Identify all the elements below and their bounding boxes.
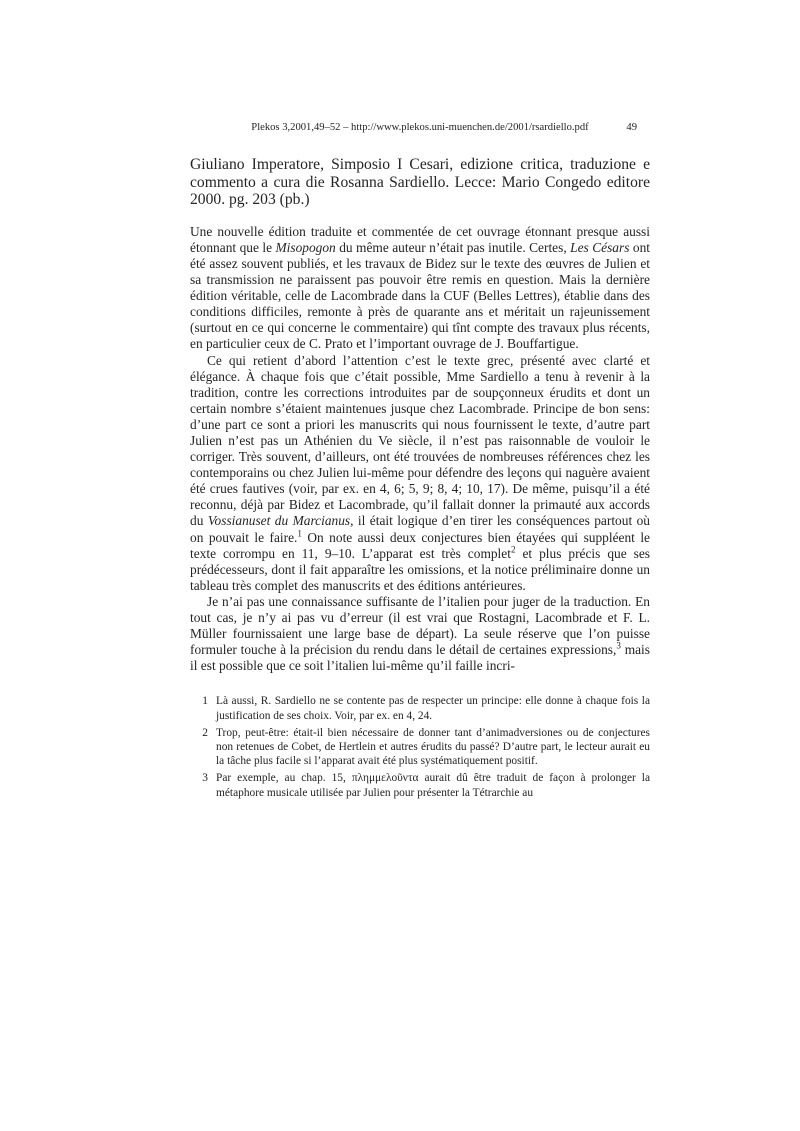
footnote-1: 1 Là aussi, R. Sardiello ne se contente … <box>190 694 650 722</box>
running-head: Plekos 3,2001,49–52 – http://www.plekos.… <box>190 121 650 134</box>
footnote-3: 3 Par exemple, au chap. 15, πλημμελοῦντα… <box>190 771 650 799</box>
journal-citation: Plekos 3,2001,49–52 – http://www.plekos.… <box>251 122 588 133</box>
paragraph-1: Une nouvelle édition traduite et comment… <box>190 224 650 353</box>
pdf-page: { "header": { "citation": "Plekos 3,2001… <box>0 0 800 1131</box>
page-number: 49 <box>626 121 637 134</box>
footnote-2-number: 2 <box>198 726 208 769</box>
footnote-3-text: Par exemple, au chap. 15, πλημμελοῦντα a… <box>216 771 650 799</box>
footnote-2-text: Trop, peut-être: était-il bien nécessair… <box>216 726 650 769</box>
review-body: Une nouvelle édition traduite et comment… <box>190 224 650 675</box>
paragraph-2: Ce qui retient d’abord l’attention c’est… <box>190 353 650 594</box>
page-sheet: Plekos 3,2001,49–52 – http://www.plekos.… <box>190 0 650 800</box>
footnote-1-text: Là aussi, R. Sardiello ne se contente pa… <box>216 694 650 722</box>
paragraph-3: Je n’ai pas une connaissance suffisante … <box>190 594 650 674</box>
reviewed-book-title: Giuliano Imperatore, Simposio I Cesari, … <box>190 156 650 209</box>
footnote-1-number: 1 <box>198 694 208 722</box>
footnotes-section: 1 Là aussi, R. Sardiello ne se contente … <box>190 694 650 799</box>
footnote-2: 2 Trop, peut-être: était-il bien nécessa… <box>190 726 650 769</box>
footnote-3-number: 3 <box>198 771 208 799</box>
